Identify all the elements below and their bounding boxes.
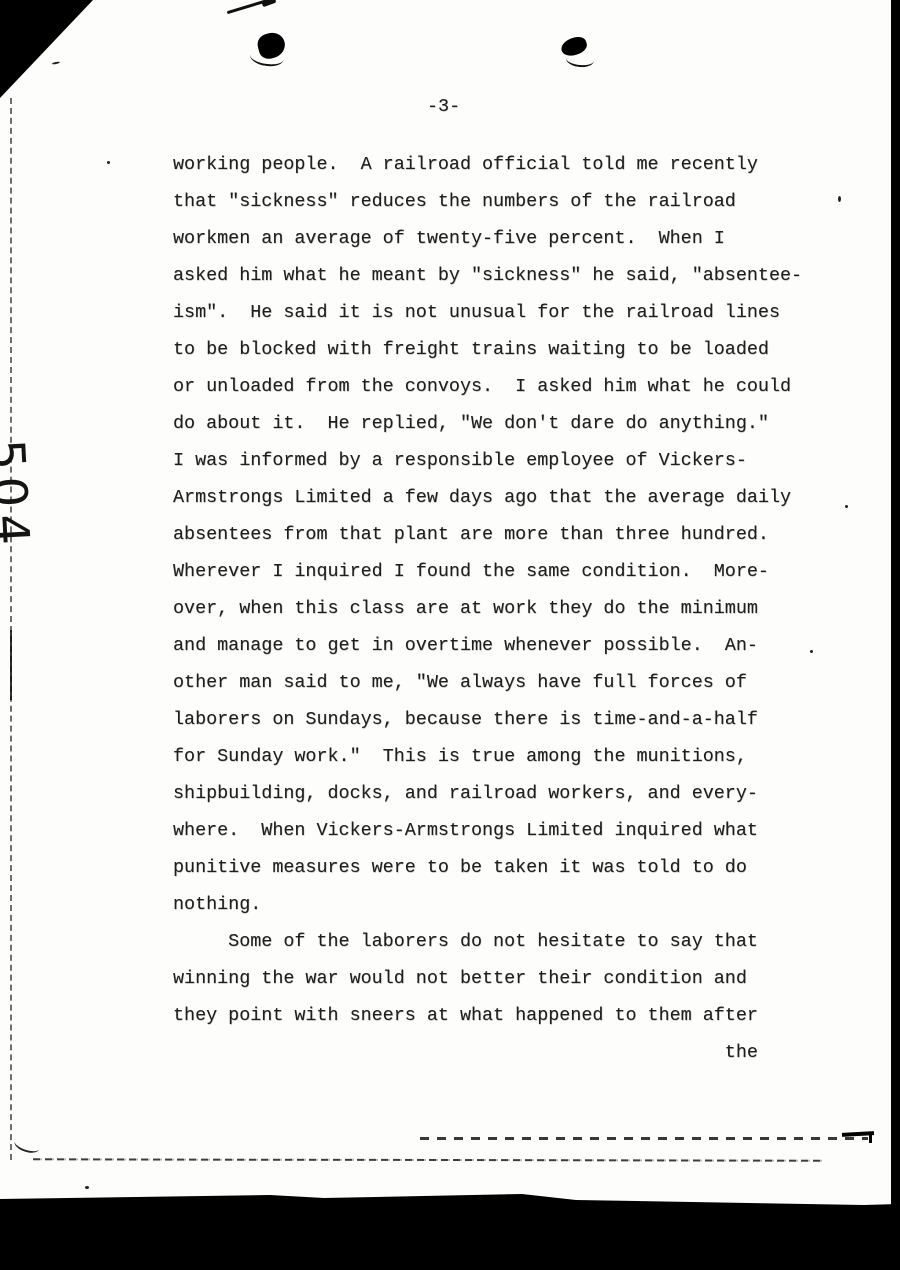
text-line: or unloaded from the convoys. I asked hi… [173, 368, 802, 405]
text-line: for Sunday work." This is true among the… [173, 738, 802, 775]
ink-speck [85, 1186, 89, 1189]
typewritten-body: working people. A railroad official told… [173, 146, 802, 1071]
scanned-page: 504 -3- working people. A railroad offic… [0, 0, 900, 1270]
text-line: working people. A railroad official told… [173, 146, 802, 183]
page-number: -3- [427, 96, 460, 117]
text-line: the [173, 1034, 802, 1071]
text-line: asked him what he meant by "sickness" he… [173, 257, 802, 294]
bottom-dashed-line-hook [869, 1132, 872, 1143]
text-line: they point with sneers at what happened … [173, 997, 802, 1034]
text-line: and manage to get in overtime whenever p… [173, 627, 802, 664]
scan-edge-bottom [0, 1193, 900, 1270]
bottom-pencil-curl [12, 1134, 41, 1155]
text-line: Wherever I inquired I found the same con… [173, 553, 802, 590]
text-line: that "sickness" reduces the numbers of t… [173, 183, 802, 220]
torn-corner-icon [0, 0, 93, 98]
text-line: absentees from that plant are more than … [173, 516, 802, 553]
text-line: ism". He said it is not unusual for the … [173, 294, 802, 331]
text-line: workmen an average of twenty-five percen… [173, 220, 802, 257]
fold-line-left [10, 98, 12, 1160]
text-line: other man said to me, "We always have fu… [173, 664, 802, 701]
fold-line-left-segment [10, 630, 12, 700]
text-line: shipbuilding, docks, and railroad worker… [173, 775, 802, 812]
text-line: Armstrongs Limited a few days ago that t… [173, 479, 802, 516]
text-line: Some of the laborers do not hesitate to … [173, 923, 802, 960]
scan-edge-right [891, 0, 900, 1270]
ink-speck [838, 196, 841, 202]
text-line: do about it. He replied, "We don't dare … [173, 405, 802, 442]
margin-annotation: 504 [0, 438, 36, 553]
text-line: to be blocked with freight trains waitin… [173, 331, 802, 368]
text-line: punitive measures were to be taken it wa… [173, 849, 802, 886]
bottom-dashed-line [420, 1137, 868, 1140]
text-line: laborers on Sundays, because there is ti… [173, 701, 802, 738]
ink-speck [810, 650, 813, 653]
bottom-pencil-line [33, 1158, 823, 1161]
text-line: winning the war would not better their c… [173, 960, 802, 997]
text-line: over, when this class are at work they d… [173, 590, 802, 627]
text-line: where. When Vickers-Armstrongs Limited i… [173, 812, 802, 849]
binder-hole-right-arc-icon [565, 51, 594, 69]
pen-stroke-icon [262, 0, 277, 7]
ink-speck [845, 505, 848, 508]
text-line: I was informed by a responsible employee… [173, 442, 802, 479]
text-line: nothing. [173, 886, 802, 923]
ink-speck [107, 161, 110, 164]
